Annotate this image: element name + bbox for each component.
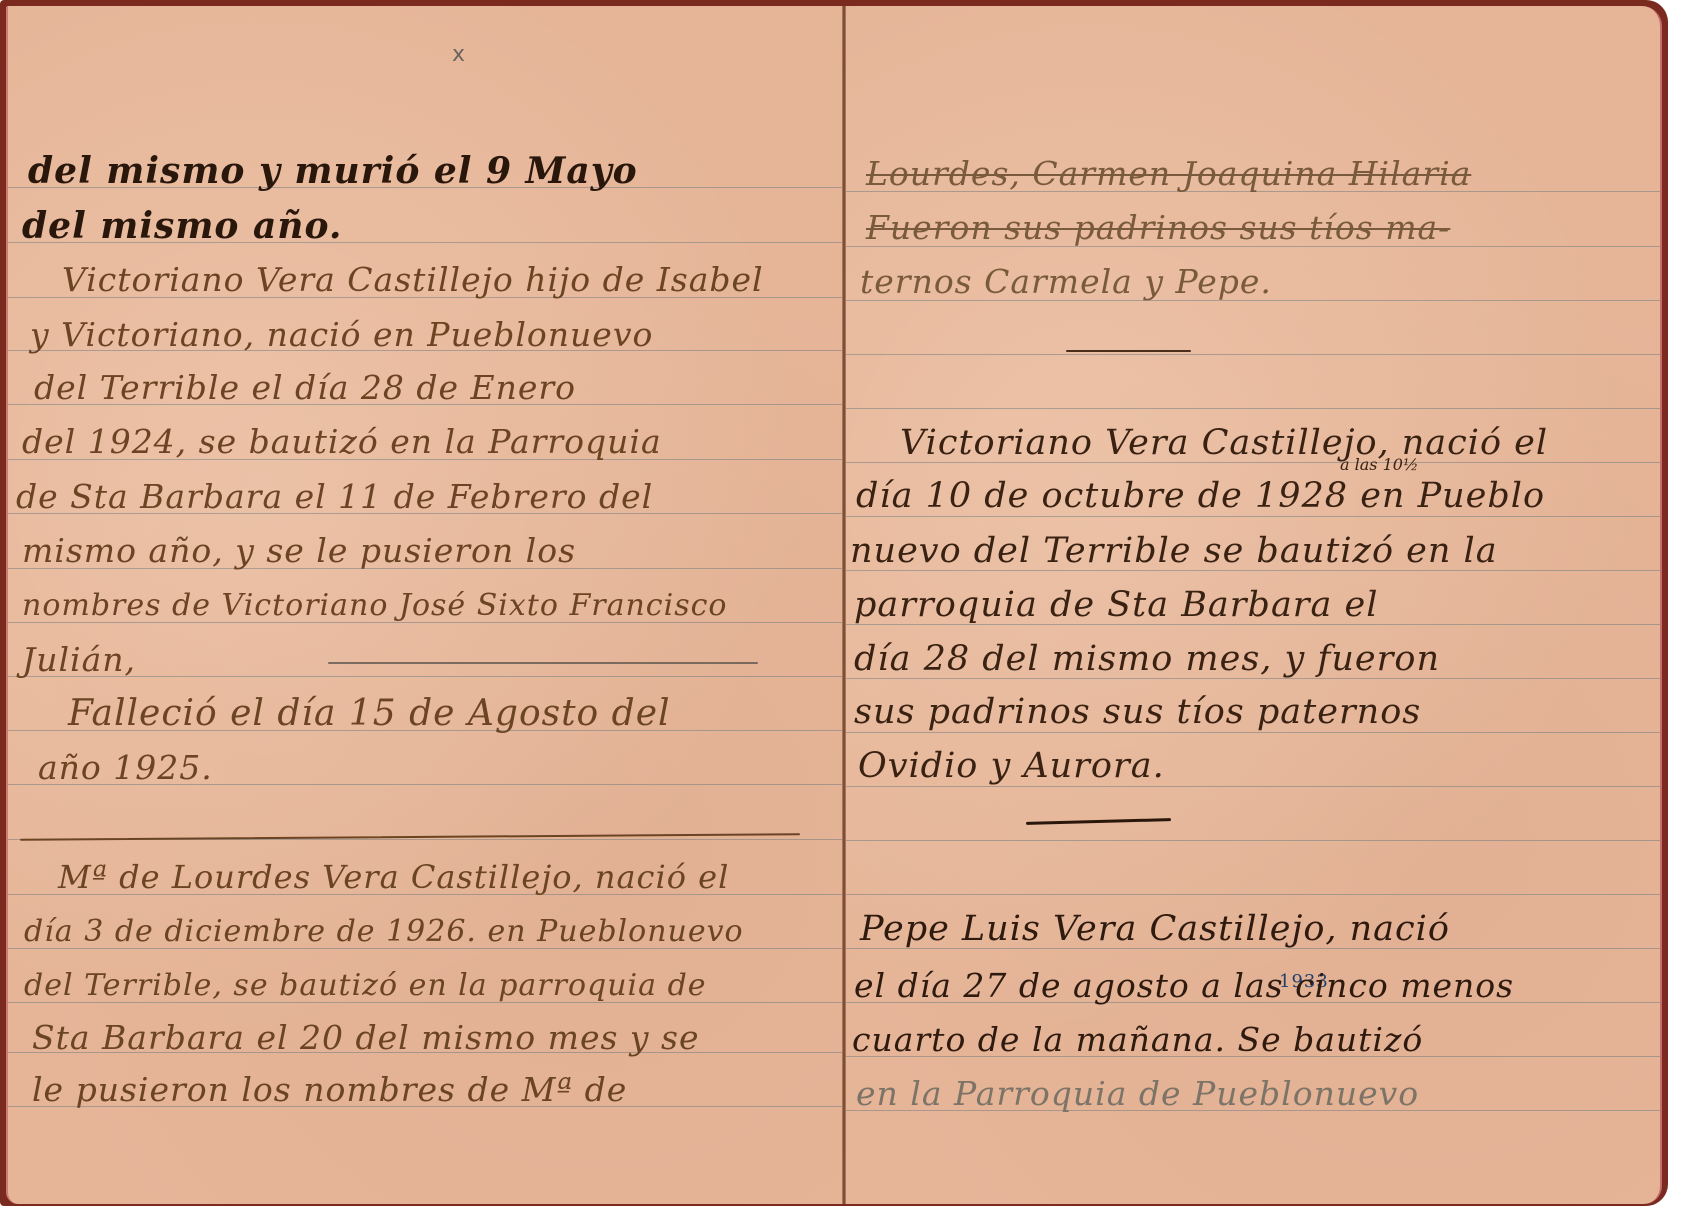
handwritten-line: Victoriano Vera Castillejo hijo de Isabe… (62, 260, 764, 300)
page-gutter (842, 6, 846, 1204)
section-divider (1026, 818, 1171, 825)
handwritten-line: Julián, (22, 640, 136, 680)
right-page: Lourdes, Carmen Joaquina Hilaria Fueron … (846, 6, 1662, 1204)
handwritten-line: de Sta Barbara el 11 de Febrero del (16, 477, 653, 517)
handwritten-line: Ovidio y Aurora. (858, 746, 1165, 786)
handwritten-line: del Terrible, se bautizó en la parroquia… (24, 966, 707, 1006)
handwritten-line: Pepe Luis Vera Castillejo, nació (860, 909, 1450, 949)
handwritten-line: el día 27 de agosto a las cinco menos (854, 966, 1514, 1006)
handwritten-line: día 10 de octubre de 1928 en Pueblo (856, 476, 1545, 516)
handwritten-line-struck: Lourdes, Carmen Joaquina Hilaria (866, 154, 1471, 194)
ruled-line (846, 354, 1660, 355)
handwritten-line: día 3 de diciembre de 1926. en Pueblonue… (24, 912, 744, 952)
handwritten-line: nuevo del Terrible se bautizó en la (850, 531, 1498, 571)
handwritten-line: del 1924, se bautizó en la Parroquia (22, 422, 662, 462)
ruled-line (846, 840, 1660, 841)
handwritten-line: ternos Carmela y Pepe. (860, 262, 1272, 302)
left-page: x del mismo y murió el 9 Mayo del mismo … (6, 6, 846, 1204)
handwritten-line: cuarto de la mañana. Se bautizó (852, 1020, 1423, 1060)
pencil-underline (328, 662, 758, 664)
handwritten-line: Sta Barbara el 20 del mismo mes y se (32, 1018, 700, 1058)
ruled-line (846, 786, 1660, 787)
handwritten-line: año 1925. (38, 748, 213, 788)
handwritten-line: Mª de Lourdes Vera Castillejo, nació el (58, 857, 729, 897)
handwritten-line: parroquia de Sta Barbara el (854, 585, 1378, 625)
ruled-line (846, 732, 1660, 733)
notebook-spread: x del mismo y murió el 9 Mayo del mismo … (0, 0, 1700, 1212)
ruled-line (846, 516, 1660, 517)
handwritten-line: del mismo y murió el 9 Mayo (28, 151, 638, 191)
handwritten-line: del Terrible el día 28 de Enero (34, 368, 576, 408)
section-divider (1066, 350, 1191, 352)
pencil-x-mark: x (452, 42, 465, 67)
handwritten-line: Falleció el día 15 de Agosto del (68, 694, 671, 734)
handwritten-line: le pusieron los nombres de Mª de (32, 1070, 627, 1110)
time-annotation: a las 10½ (1340, 456, 1418, 474)
handwritten-line: día 28 del mismo mes, y fueron (854, 639, 1440, 679)
handwritten-line: nombres de Victoriano José Sixto Francis… (22, 586, 727, 626)
ruled-line (846, 894, 1660, 895)
handwritten-line: y Victoriano, nació en Pueblonuevo (30, 315, 653, 355)
handwritten-line-pencil: en la Parroquia de Pueblonuevo (856, 1074, 1419, 1114)
handwritten-line: del mismo año. (22, 206, 342, 246)
handwritten-line: sus padrinos sus tíos paternos (854, 692, 1421, 732)
handwritten-line: Victoriano Vera Castillejo, nació el (900, 423, 1548, 463)
ruled-line (846, 408, 1660, 409)
handwritten-line-struck: Fueron sus padrinos sus tíos ma- (866, 208, 1450, 248)
handwritten-line: mismo año, y se le pusieron los (22, 531, 576, 571)
